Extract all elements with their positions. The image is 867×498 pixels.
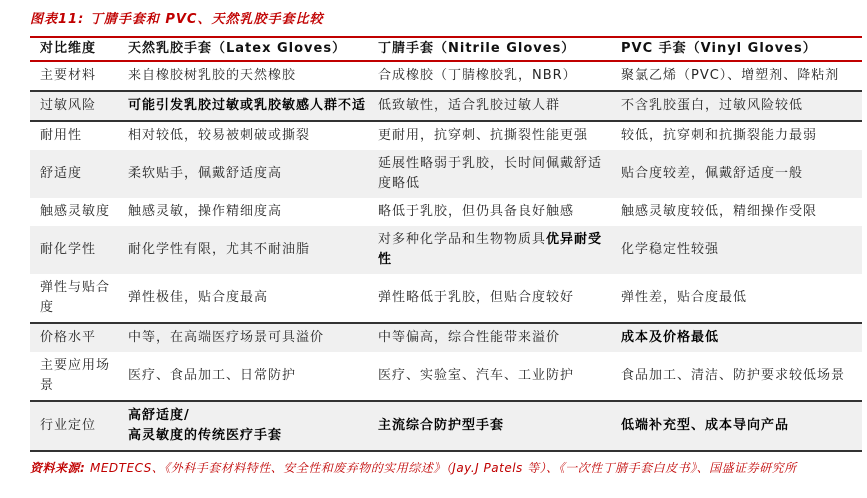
table-header: 对比维度天然乳胶手套（Latex Gloves）丁腈手套（Nitrile Glo… [30, 37, 862, 61]
cell-text: 弹性差，贴合度最低 [621, 290, 747, 305]
cell-latex: 可能引发乳胶过敏或乳胶敏感人群不适 [126, 91, 376, 121]
cell-text: 来自橡胶树乳胶的天然橡胶 [128, 68, 296, 83]
cell-pvc: 弹性差，贴合度最低 [619, 274, 862, 323]
cell-pvc: 触感灵敏度较低，精细操作受限 [619, 198, 862, 226]
table-row: 价格水平中等，在高端医疗场景可具溢价中等偏高，综合性能带来溢价成本及价格最低 [30, 323, 862, 352]
cell-nitrile: 合成橡胶（丁腈橡胶乳，NBR） [376, 61, 619, 91]
cell-text: 相对较低，较易被刺破或撕裂 [128, 128, 310, 143]
cell-pvc: 化学稳定性较强 [619, 226, 862, 274]
cell-latex: 耐化学性有限，尤其不耐油脂 [126, 226, 376, 274]
row-label: 价格水平 [30, 323, 126, 352]
cell-text: 耐化学性有限，尤其不耐油脂 [128, 242, 310, 257]
cell-text: 化学稳定性较强 [621, 242, 719, 257]
table-row: 触感灵敏度触感灵敏，操作精细度高略低于乳胶，但仍具备良好触感触感灵敏度较低，精细… [30, 198, 862, 226]
row-label: 过敏风险 [30, 91, 126, 121]
report-figure-page: 图表11: 丁腈手套和 PVC、天然乳胶手套比较 对比维度天然乳胶手套（Late… [0, 0, 867, 498]
cell-pvc: 贴合度较差，佩戴舒适度一般 [619, 150, 862, 198]
cell-nitrile: 对多种化学品和生物物质具优异耐受性 [376, 226, 619, 274]
table-row: 主要应用场景医疗、食品加工、日常防护医疗、实验室、汽车、工业防护食品加工、清洁、… [30, 352, 862, 401]
cell-latex: 医疗、食品加工、日常防护 [126, 352, 376, 401]
row-label: 耐用性 [30, 121, 126, 150]
cell-text: 弹性极佳，贴合度最高 [128, 290, 268, 305]
cell-pvc: 不含乳胶蛋白，过敏风险较低 [619, 91, 862, 121]
cell-text: 对多种化学品和生物物质具 [378, 232, 546, 247]
row-label: 主要应用场景 [30, 352, 126, 401]
source-note: 资料来源: MEDTECS、《外科手套材料特性、安全性和废弃物的实用综述》（Ja… [30, 459, 862, 476]
table-row: 舒适度柔软贴手，佩戴舒适度高延展性略弱于乳胶，长时间佩戴舒适度略低贴合度较差，佩… [30, 150, 862, 198]
cell-text-bold: 成本及价格最低 [621, 330, 719, 345]
table-body: 主要材料来自橡胶树乳胶的天然橡胶合成橡胶（丁腈橡胶乳，NBR）聚氯乙烯（PVC）… [30, 61, 862, 451]
cell-text: 医疗、食品加工、日常防护 [128, 368, 296, 383]
cell-text: 不含乳胶蛋白，过敏风险较低 [621, 98, 803, 113]
row-label: 触感灵敏度 [30, 198, 126, 226]
source-text: MEDTECS、《外科手套材料特性、安全性和废弃物的实用综述》（Jay.J Pa… [90, 461, 797, 475]
cell-text: 触感灵敏度较低，精细操作受限 [621, 204, 817, 219]
cell-text: 聚氯乙烯（PVC）、增塑剂、降粘剂 [621, 68, 839, 83]
cell-nitrile: 弹性略低于乳胶，但贴合度较好 [376, 274, 619, 323]
column-header-dimension: 对比维度 [30, 37, 126, 61]
cell-text: 中等，在高端医疗场景可具溢价 [128, 330, 324, 345]
cell-text: 延展性略弱于乳胶，长时间佩戴舒适度略低 [378, 156, 602, 191]
cell-text: 柔软贴手，佩戴舒适度高 [128, 166, 282, 181]
row-label: 弹性与贴合度 [30, 274, 126, 323]
figure-title: 图表11: 丁腈手套和 PVC、天然乳胶手套比较 [30, 8, 862, 27]
cell-nitrile: 更耐用，抗穿刺、抗撕裂性能更强 [376, 121, 619, 150]
table-row: 弹性与贴合度弹性极佳，贴合度最高弹性略低于乳胶，但贴合度较好弹性差，贴合度最低 [30, 274, 862, 323]
cell-nitrile: 中等偏高，综合性能带来溢价 [376, 323, 619, 352]
cell-latex: 弹性极佳，贴合度最高 [126, 274, 376, 323]
cell-latex: 来自橡胶树乳胶的天然橡胶 [126, 61, 376, 91]
cell-nitrile: 主流综合防护型手套 [376, 401, 619, 451]
cell-text: 略低于乳胶，但仍具备良好触感 [378, 204, 574, 219]
row-label: 主要材料 [30, 61, 126, 91]
cell-nitrile: 低致敏性，适合乳胶过敏人群 [376, 91, 619, 121]
cell-pvc: 低端补充型、成本导向产品 [619, 401, 862, 451]
cell-text: 贴合度较差，佩戴舒适度一般 [621, 166, 803, 181]
cell-text: 低致敏性，适合乳胶过敏人群 [378, 98, 560, 113]
cell-text-bold: 可能引发乳胶过敏或乳胶敏感人群不适 [128, 98, 366, 113]
table-row: 主要材料来自橡胶树乳胶的天然橡胶合成橡胶（丁腈橡胶乳，NBR）聚氯乙烯（PVC）… [30, 61, 862, 91]
column-header-latex: 天然乳胶手套（Latex Gloves） [126, 37, 376, 61]
cell-pvc: 食品加工、清洁、防护要求较低场景 [619, 352, 862, 401]
cell-text: 触感灵敏，操作精细度高 [128, 204, 282, 219]
table-row: 过敏风险可能引发乳胶过敏或乳胶敏感人群不适低致敏性，适合乳胶过敏人群不含乳胶蛋白… [30, 91, 862, 121]
cell-latex: 中等，在高端医疗场景可具溢价 [126, 323, 376, 352]
cell-latex: 柔软贴手，佩戴舒适度高 [126, 150, 376, 198]
cell-text: 弹性略低于乳胶，但贴合度较好 [378, 290, 574, 305]
column-header-pvc: PVC 手套（Vinyl Gloves） [619, 37, 862, 61]
cell-text: 较低，抗穿刺和抗撕裂能力最弱 [621, 128, 817, 143]
cell-nitrile: 医疗、实验室、汽车、工业防护 [376, 352, 619, 401]
cell-text: 医疗、实验室、汽车、工业防护 [378, 368, 574, 383]
table-row: 行业定位高舒适度/ 高灵敏度的传统医疗手套主流综合防护型手套低端补充型、成本导向… [30, 401, 862, 451]
cell-nitrile: 延展性略弱于乳胶，长时间佩戴舒适度略低 [376, 150, 619, 198]
cell-latex: 触感灵敏，操作精细度高 [126, 198, 376, 226]
cell-text: 更耐用，抗穿刺、抗撕裂性能更强 [378, 128, 588, 143]
cell-text: 食品加工、清洁、防护要求较低场景 [621, 368, 845, 383]
cell-text: 合成橡胶（丁腈橡胶乳，NBR） [378, 68, 577, 83]
cell-latex: 高舒适度/ 高灵敏度的传统医疗手套 [126, 401, 376, 451]
glove-comparison-table: 对比维度天然乳胶手套（Latex Gloves）丁腈手套（Nitrile Glo… [30, 36, 862, 452]
header-row: 对比维度天然乳胶手套（Latex Gloves）丁腈手套（Nitrile Glo… [30, 37, 862, 61]
cell-text-bold: 主流综合防护型手套 [378, 418, 504, 433]
table-row: 耐用性相对较低，较易被刺破或撕裂更耐用，抗穿刺、抗撕裂性能更强较低，抗穿刺和抗撕… [30, 121, 862, 150]
column-header-nitrile: 丁腈手套（Nitrile Gloves） [376, 37, 619, 61]
cell-pvc: 成本及价格最低 [619, 323, 862, 352]
cell-pvc: 聚氯乙烯（PVC）、增塑剂、降粘剂 [619, 61, 862, 91]
row-label: 行业定位 [30, 401, 126, 451]
cell-pvc: 较低，抗穿刺和抗撕裂能力最弱 [619, 121, 862, 150]
row-label: 耐化学性 [30, 226, 126, 274]
table-row: 耐化学性耐化学性有限，尤其不耐油脂对多种化学品和生物物质具优异耐受性化学稳定性较… [30, 226, 862, 274]
source-label: 资料来源: [30, 461, 90, 475]
cell-text-bold: 低端补充型、成本导向产品 [621, 418, 789, 433]
cell-text: 中等偏高，综合性能带来溢价 [378, 330, 560, 345]
cell-latex: 相对较低，较易被刺破或撕裂 [126, 121, 376, 150]
cell-text-bold: 高舒适度/ 高灵敏度的传统医疗手套 [128, 408, 282, 443]
cell-nitrile: 略低于乳胶，但仍具备良好触感 [376, 198, 619, 226]
row-label: 舒适度 [30, 150, 126, 198]
